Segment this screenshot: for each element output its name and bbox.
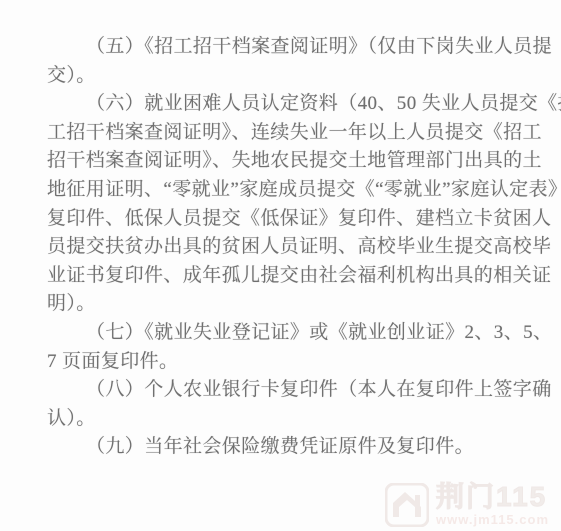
document-line: （七）《就业失业登记证》或《就业创业证》2、3、5、 [47, 319, 519, 348]
document-line: 地征用证明、“零就业”家庭成员提交《“零就业”家庭认定表》 [47, 176, 519, 205]
document-line: 员提交扶贫办出具的贫困人员证明、高校毕业生提交高校毕 [47, 233, 519, 262]
watermark-house-logo-icon [385, 483, 429, 527]
document-line: 复印件、低保人员提交《低保证》复印件、建档立卡贫困人 [47, 205, 519, 234]
document-line: （九）当年社会保险缴费凭证原件及复印件。 [47, 433, 519, 462]
watermark-url: www.jm115.com [436, 512, 549, 527]
document-line: 业证书复印件、成年孤儿提交由社会福利机构出具的相关证 [47, 262, 519, 291]
document-line: 明）。 [47, 290, 519, 319]
document-line: （六）就业困难人员认定资料（40、50 失业人员提交《招 [47, 90, 519, 119]
document-line: （八）个人农业银行卡复印件（本人在复印件上签字确 [47, 376, 519, 405]
document-line: 交）。 [47, 62, 519, 91]
watermark-site-name: 荆门115 [436, 482, 547, 512]
scanned-document-page: （五）《招工招干档案查阅证明》（仅由下岗失业人员提交）。（六）就业困难人员认定资… [0, 0, 561, 531]
document-line: 工招干档案查阅证明》、连续失业一年以上人员提交《招工 [47, 119, 519, 148]
document-line: 7 页面复印件。 [47, 348, 519, 377]
document-line: 认）。 [47, 405, 519, 434]
document-line: （五）《招工招干档案查阅证明》（仅由下岗失业人员提 [47, 33, 519, 62]
document-text-block: （五）《招工招干档案查阅证明》（仅由下岗失业人员提交）。（六）就业困难人员认定资… [47, 33, 519, 462]
watermark: 荆门115 www.jm115.com [385, 482, 549, 527]
document-line: 招干档案查阅证明》、失地农民提交土地管理部门出具的土 [47, 147, 519, 176]
